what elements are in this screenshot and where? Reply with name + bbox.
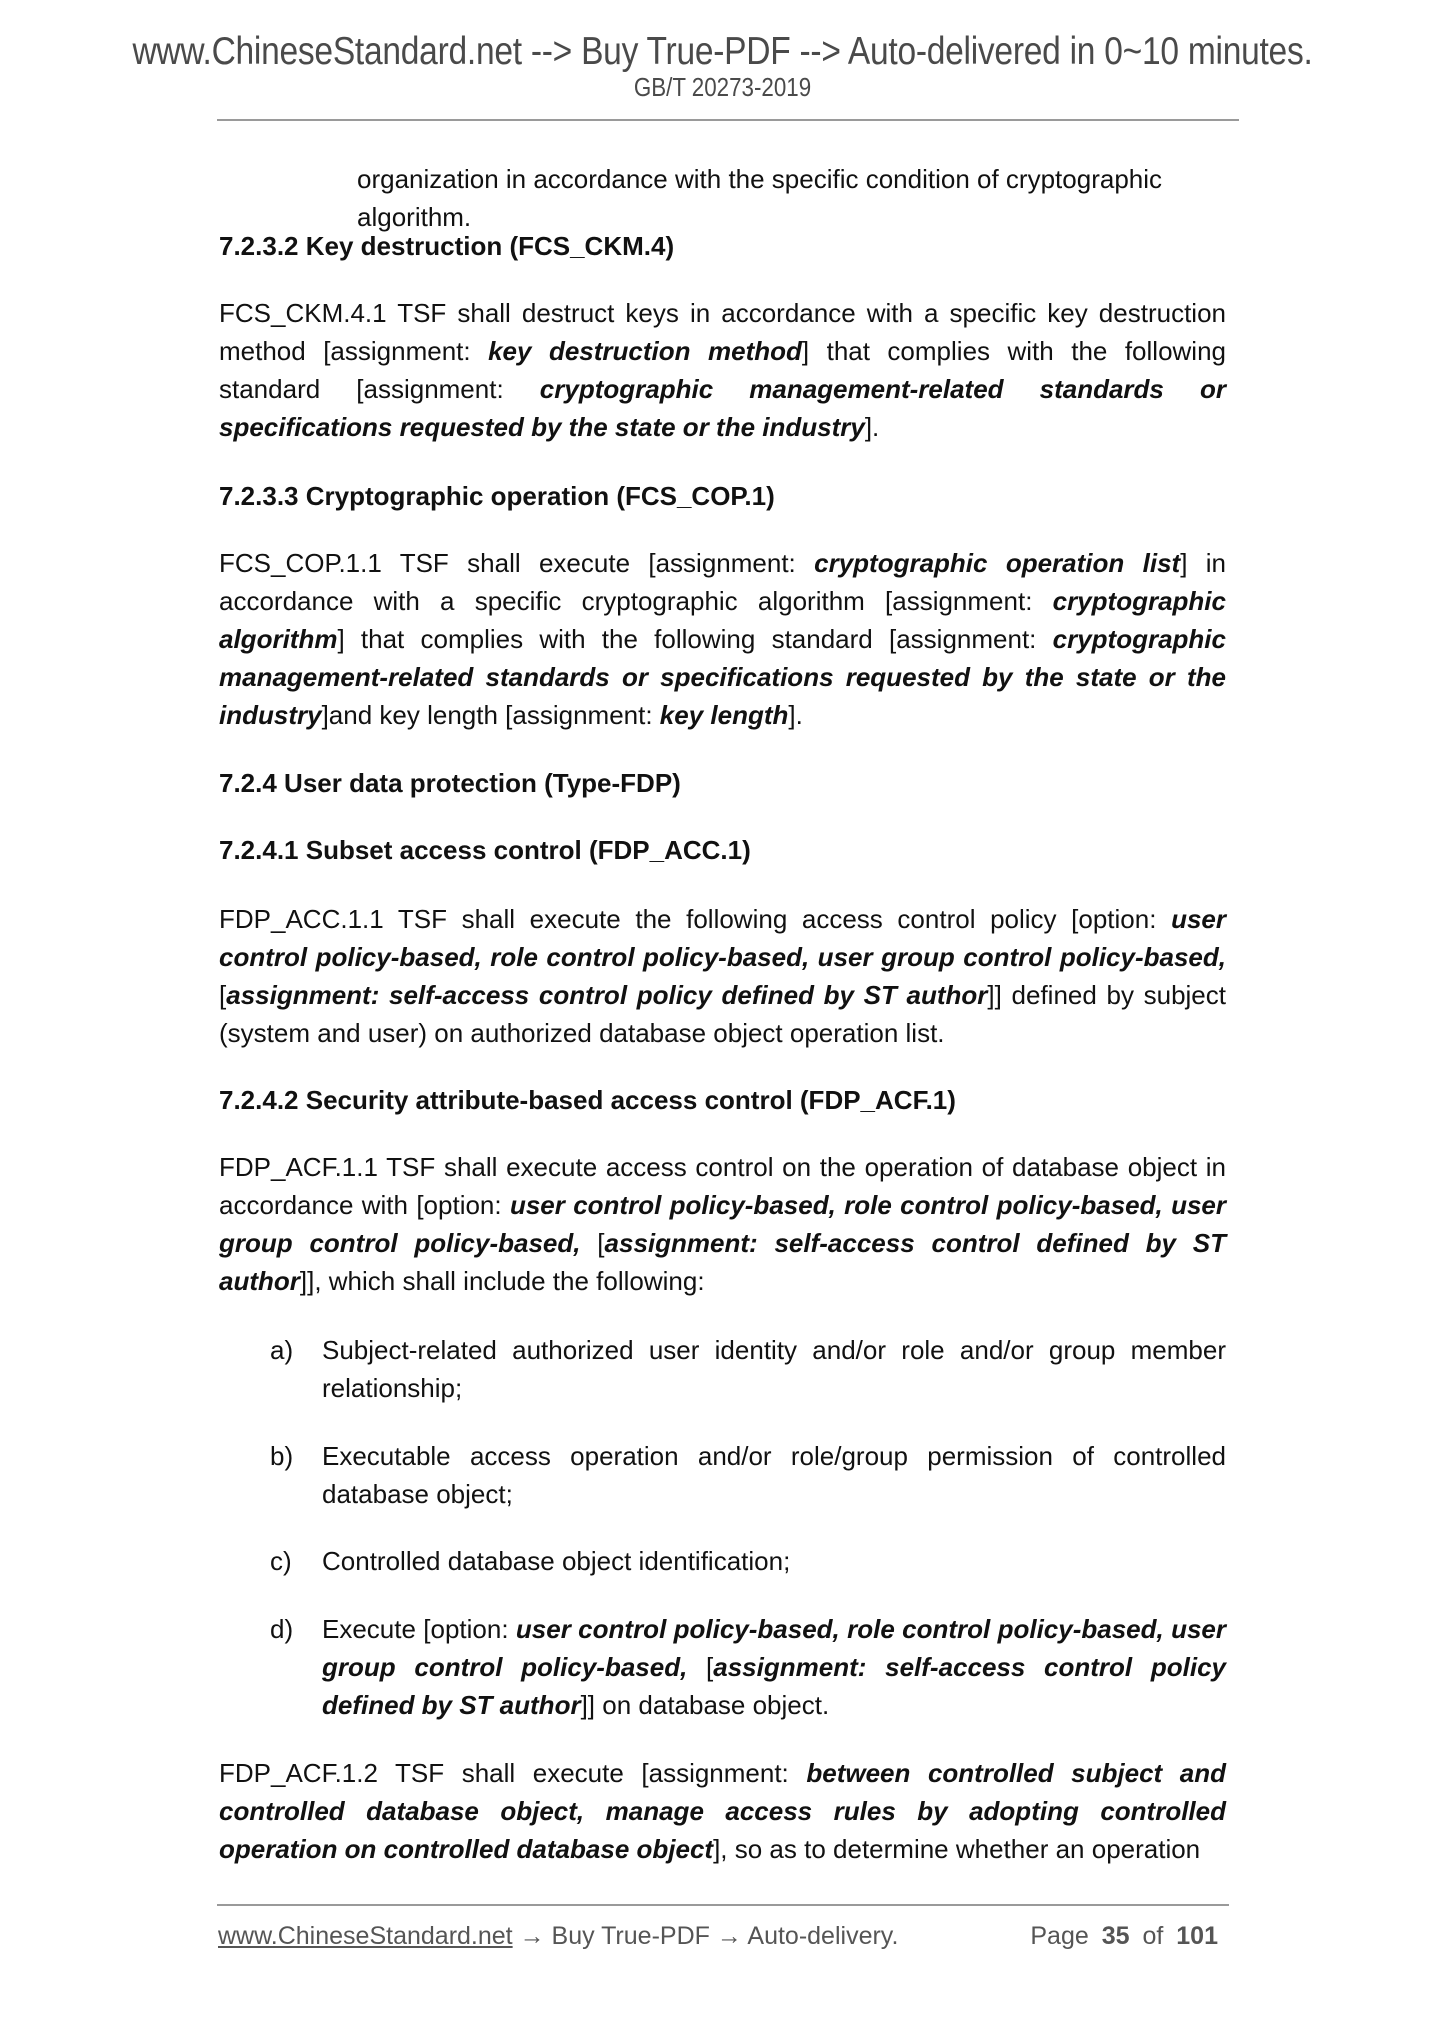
heading-security-attribute-access-control: 7.2.4.2 Security attribute-based access … (219, 1081, 1226, 1119)
heading-user-data-protection: 7.2.4 User data protection (Type-FDP) (219, 764, 1226, 802)
emphasis: assignment: self-access control policy d… (226, 980, 987, 1010)
list-item-c: c) Controlled database object identifica… (270, 1542, 1226, 1580)
emphasis: cryptographic operation list (814, 548, 1180, 578)
heading-cryptographic-operation: 7.2.3.3 Cryptographic operation (FCS_COP… (219, 477, 1226, 515)
footer-site-link[interactable]: www.ChineseStandard.net (218, 1922, 513, 1950)
list-item-a: a) Subject-related authorized user ident… (270, 1331, 1226, 1407)
lead-line: organization in accordance with the spec… (357, 160, 1237, 236)
heading-key-destruction: 7.2.3.2 Key destruction (FCS_CKM.4) (219, 227, 1226, 265)
paragraph-fdp-acf-1-2: FDP_ACF.1.2 TSF shall execute [assignmen… (219, 1754, 1226, 1868)
page-indicator: Page 35 of 101 (1030, 1922, 1218, 1951)
list-item-text: Execute [option: user control policy-bas… (322, 1610, 1226, 1724)
header-banner: www.ChineseStandard.net --> Buy True-PDF… (101, 30, 1344, 74)
emphasis: between controlled subject and controlle… (219, 1758, 1226, 1864)
list-item-d: d) Execute [option: user control policy-… (270, 1610, 1226, 1724)
list-item-text: Subject-related authorized user identity… (322, 1331, 1226, 1407)
paragraph-fdp-acf-1-1: FDP_ACF.1.1 TSF shall execute access con… (219, 1148, 1226, 1300)
paragraph-fdp-acc-1-1: FDP_ACC.1.1 TSF shall execute the follow… (219, 900, 1226, 1052)
emphasis: key destruction method (488, 336, 802, 366)
paragraph-fcs-ckm-4-1: FCS_CKM.4.1 TSF shall destruct keys in a… (219, 294, 1226, 446)
footer: www.ChineseStandard.net → Buy True-PDF →… (218, 1922, 1228, 1951)
emphasis: user control policy-based, role control … (219, 904, 1226, 972)
list-item-b: b) Executable access operation and/or ro… (270, 1437, 1226, 1513)
heading-subset-access-control: 7.2.4.1 Subset access control (FDP_ACC.1… (219, 831, 1226, 869)
footer-divider (217, 1904, 1229, 1906)
page-label: Page (1030, 1922, 1088, 1950)
paragraph-fcs-cop-1-1: FCS_COP.1.1 TSF shall execute [assignmen… (219, 544, 1226, 734)
list-item-text: Executable access operation and/or role/… (322, 1437, 1226, 1513)
header-divider (217, 119, 1239, 121)
footer-trail: → Buy True-PDF → Auto-delivery. (513, 1922, 899, 1950)
standard-code: GB/T 20273-2019 (101, 72, 1344, 103)
emphasis: key length (660, 700, 789, 730)
list-item-text: Controlled database object identificatio… (322, 1542, 1226, 1580)
page-of: of (1142, 1922, 1163, 1950)
emphasis: cryptographic management-related standar… (219, 374, 1226, 442)
list-marker: a) (270, 1331, 310, 1369)
page-current: 35 (1102, 1922, 1130, 1950)
list-marker: c) (270, 1542, 310, 1580)
page-total: 101 (1176, 1922, 1218, 1950)
list-marker: d) (270, 1610, 310, 1648)
list-marker: b) (270, 1437, 310, 1475)
